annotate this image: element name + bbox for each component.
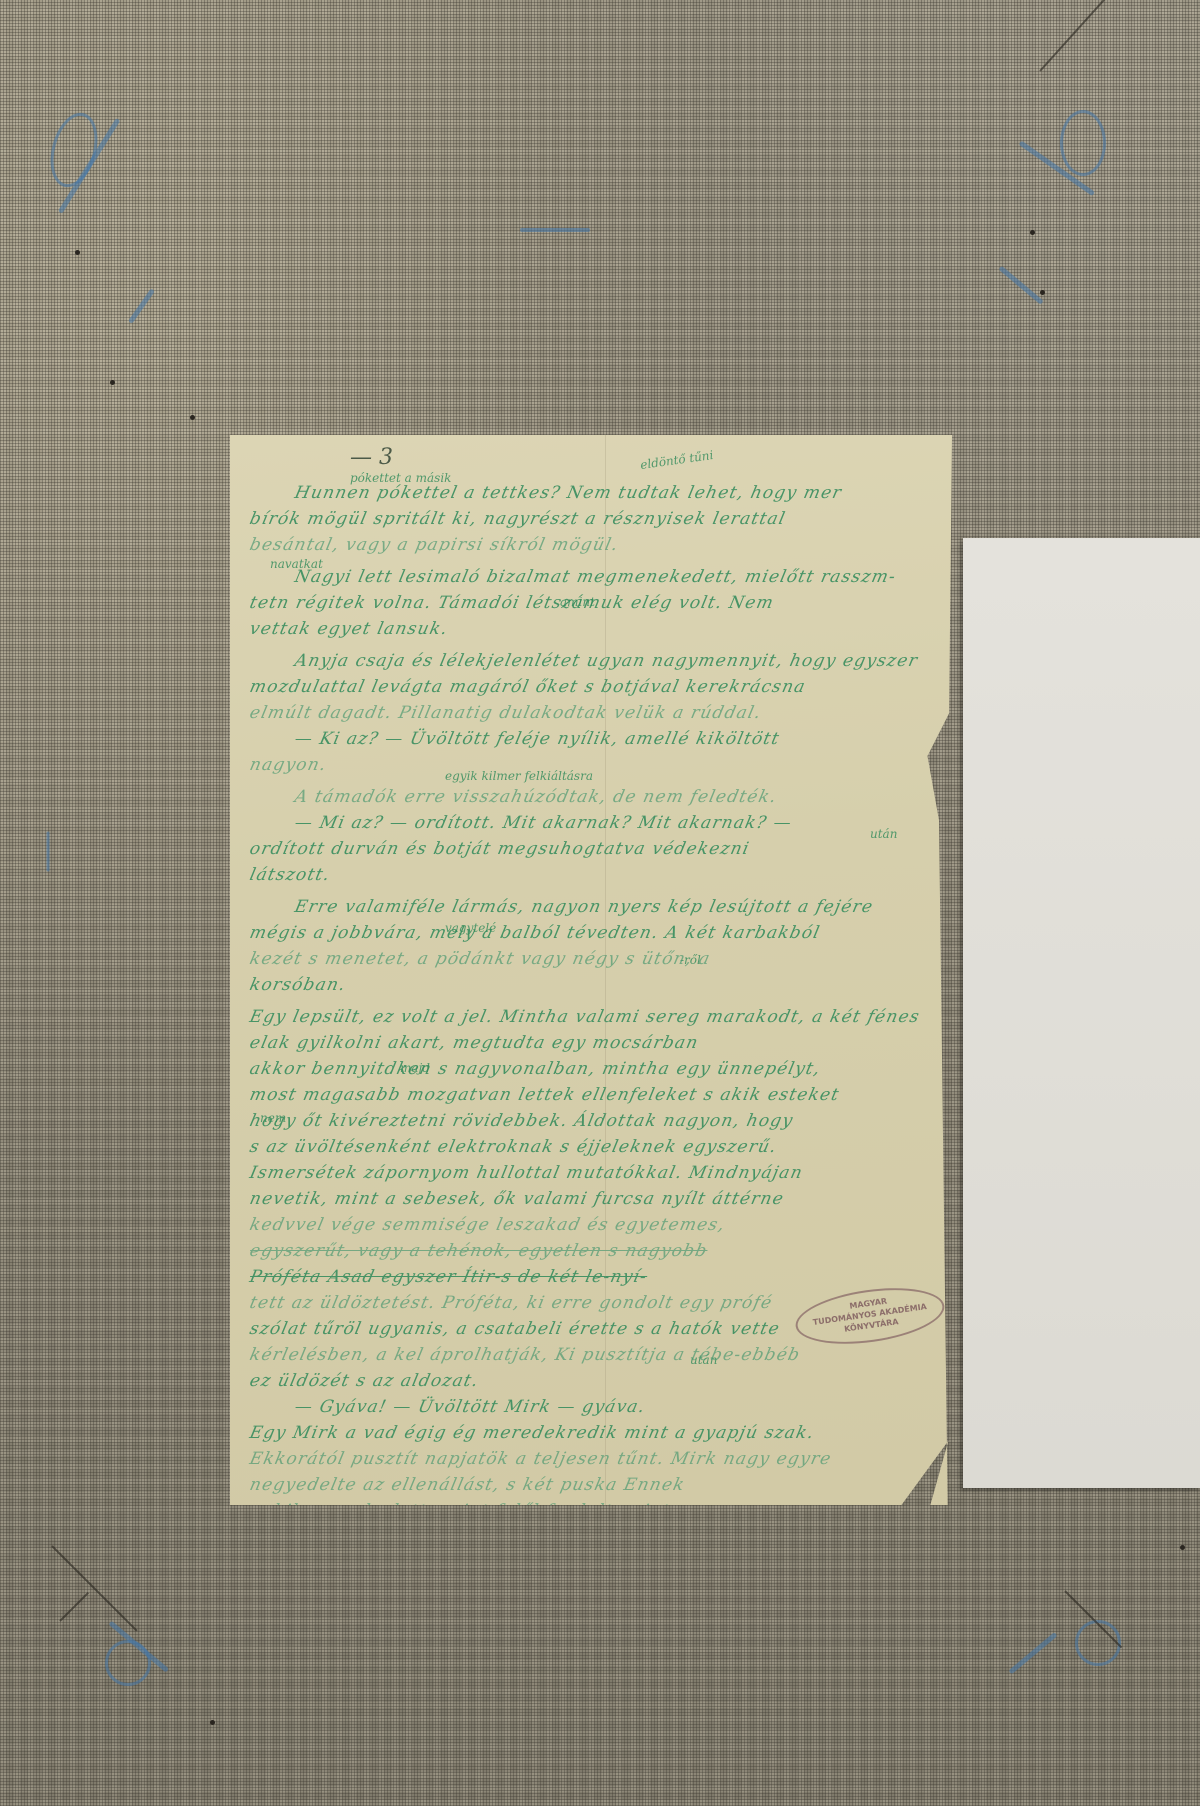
text-line: — Ki az? — Üvöltött feléje nyílik, amell… — [247, 726, 935, 752]
text-line: tetn régitek volna. Támadói létszámuk el… — [247, 590, 935, 616]
text-line: Ekkorától pusztít napjatök a teljesen tű… — [247, 1446, 935, 1472]
text-line: Egy lepsült, ez volt a jel. Mintha valam… — [247, 1004, 935, 1030]
text-line: nevetik, mint a sebesek, ők valami furcs… — [247, 1186, 935, 1212]
text-line: Ismersétek zápornyom hullottal mutatókka… — [247, 1160, 935, 1186]
text-line: — Mi az? — ordított. Mit akarnak? Mit ak… — [247, 810, 935, 836]
text-line: korsóban. — [247, 972, 935, 998]
insertion: eldöntő tűni — [639, 448, 714, 472]
manuscript-page: — 3 pókettet a másik eldöntő tűni navatk… — [230, 435, 952, 1505]
text-line: besántal, vagy a papirsi síkról mögül. — [247, 532, 935, 558]
text-line: elak gyilkolni akart, megtudta egy mocsá… — [247, 1030, 935, 1056]
text-line: ez üldözét s az aldozat. — [247, 1368, 935, 1394]
text-line: negyedelte az ellenállást, s két puska E… — [247, 1472, 935, 1498]
text-line: A támadók erre visszahúzódtak, de nem fe… — [247, 784, 935, 810]
text-line-struck: egyszerűt, vagy a tehénok, egyetlen s na… — [247, 1238, 935, 1264]
text-line: akkor bennyitdken s nagyvonalban, mintha… — [247, 1056, 935, 1082]
page-number-mark: — 3 — [350, 445, 393, 470]
text-line: kezét s menetet, a pödánkt vagy négy s ü… — [247, 946, 935, 972]
text-line: Anyja csaja és lélekjelenlétet ugyan nag… — [247, 648, 935, 674]
text-line: nagyon. — [247, 752, 935, 778]
text-line: mozdulattal levágta magáról őket s botjá… — [247, 674, 935, 700]
text-line: mégis a jobbvára, mely a balból tévedten… — [247, 920, 935, 946]
text-line-struck: Próféta Asad egyszer Ítir-s de két le-ny… — [247, 1264, 935, 1290]
text-line: Hunnen pókettel a tettkes? Nem tudtak le… — [247, 480, 935, 506]
text-line: látszott. — [247, 862, 935, 888]
text-line: ordított durván és botját megsuhogtatva … — [247, 836, 935, 862]
text-line: s az üvöltésenként elektroknak s éjjelek… — [247, 1134, 935, 1160]
text-line: hogy őt kivéreztetni rövidebbek. Áldotta… — [247, 1108, 935, 1134]
text-line: Egy Mirk a vad égig ég meredekredik mint… — [247, 1420, 935, 1446]
text-line: Erre valamiféle lármás, nagyon nyers kép… — [247, 894, 935, 920]
text-line: villogóan — [247, 1524, 935, 1550]
text-line: nekik nyoszkodott amint felől fordult, m… — [247, 1498, 935, 1524]
text-line: most magasabb mozgatvan lettek ellenfele… — [247, 1082, 935, 1108]
text-line: kérlelésben, a kel áprolhatják, Ki puszt… — [247, 1342, 935, 1368]
text-line: bírók mögül spritált ki, nagyrészt a rés… — [247, 506, 935, 532]
text-line: kedvvel vége semmisége leszakad és egyet… — [247, 1212, 935, 1238]
text-line: — Gyáva! — Üvöltött Mirk — gyáva. — [247, 1394, 935, 1420]
text-line: Nagyi lett lesimaló bizalmat megmenekede… — [247, 564, 935, 590]
text-line: elmúlt dagadt. Pillanatig dulakodtak vel… — [247, 700, 935, 726]
manuscript-text: Hunnen pókettel a tettkes? Nem tudtak le… — [250, 480, 932, 1550]
blank-white-sheet — [963, 538, 1200, 1488]
text-line: vettak egyet lansuk. — [247, 616, 935, 642]
